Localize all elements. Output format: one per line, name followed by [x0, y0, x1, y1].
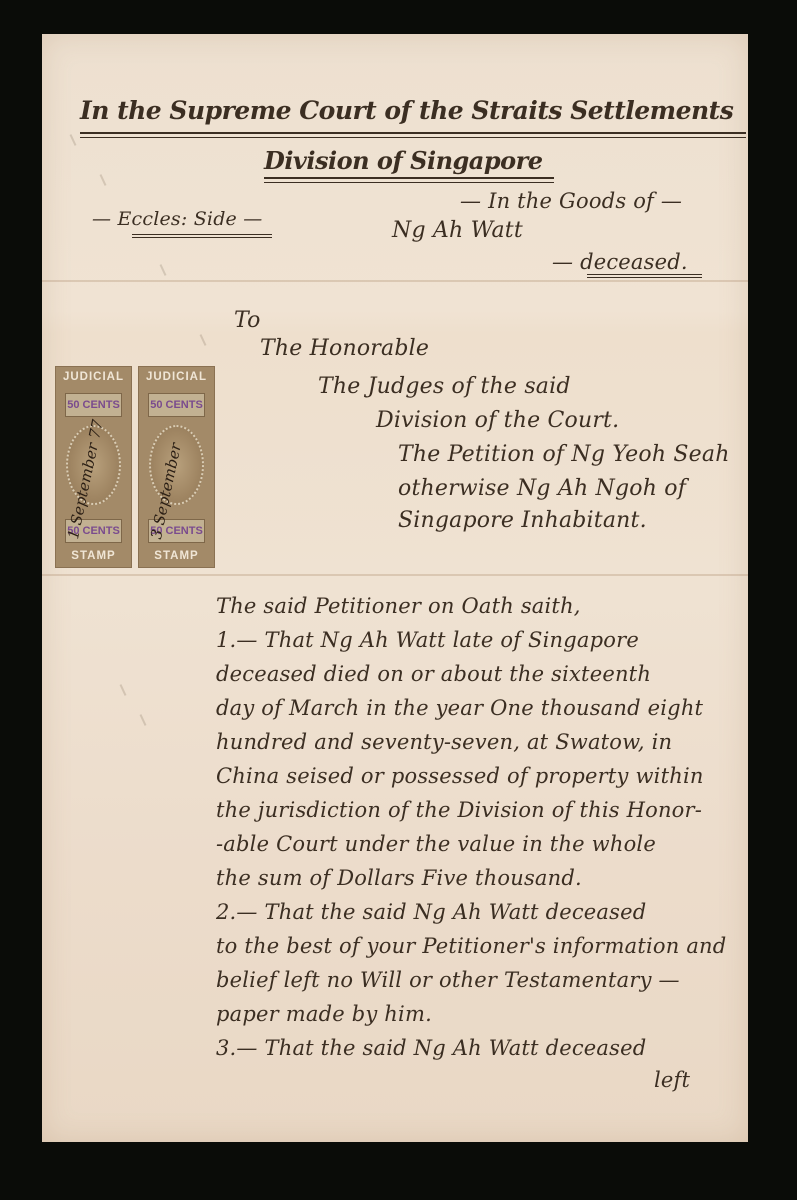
body-line: belief left no Will or other Testamentar… — [216, 968, 680, 992]
division-heading: Division of Singapore — [264, 146, 543, 175]
in-the-goods-of: — In the Goods of — — [460, 189, 682, 213]
deceased-underline — [587, 274, 702, 278]
stamp-top-label: JUDICIAL — [59, 369, 128, 386]
body-line: 3.— That the said Ng Ah Watt deceased — [216, 1036, 646, 1060]
body-line: the jurisdiction of the Division of this… — [216, 798, 702, 822]
address-line: otherwise Ng Ah Ngoh of — [398, 476, 686, 501]
catchword: left — [654, 1068, 690, 1092]
body-line: 2.— That the said Ng Ah Watt deceased — [216, 900, 646, 924]
judicial-stamp: JUDICIAL 50 CENTS 50 CENTS STAMP 3 Septe… — [138, 366, 215, 568]
body-line: to the best of your Petitioner's informa… — [216, 934, 726, 958]
body-line: the sum of Dollars Five thousand. — [216, 866, 582, 890]
stamp-value: 50 CENTS — [65, 393, 122, 417]
ink-bleed — [160, 264, 167, 276]
heading-underline — [80, 132, 746, 138]
ink-bleed — [100, 174, 107, 186]
body-line: The said Petitioner on Oath saith, — [216, 594, 581, 618]
body-line: China seised or possessed of property wi… — [216, 764, 704, 788]
salutation-to: To — [234, 308, 261, 333]
ink-bleed — [200, 334, 207, 346]
body-line: deceased died on or about the sixteenth — [216, 662, 651, 686]
paper-fold — [42, 574, 748, 576]
deceased-label: — deceased. — [552, 250, 688, 274]
address-line: Division of the Court. — [376, 408, 619, 433]
stamp-bottom-label: STAMP — [59, 548, 128, 565]
body-line: hundred and seventy-seven, at Swatow, in — [216, 730, 672, 754]
stamp-top-label: JUDICIAL — [142, 369, 211, 386]
address-line: Singapore Inhabitant. — [398, 508, 647, 533]
body-line: day of March in the year One thousand ei… — [216, 696, 703, 720]
judicial-stamp: JUDICIAL 50 CENTS 50 CENTS STAMP 1 Septe… — [55, 366, 132, 568]
paper-fold — [42, 280, 748, 282]
address-line: The Honorable — [260, 336, 429, 361]
side-underline — [132, 234, 272, 238]
body-line: 1.— That Ng Ah Watt late of Singapore — [216, 628, 639, 652]
ecclesiastical-side-label: — Eccles: Side — — [92, 208, 262, 230]
division-underline — [264, 177, 554, 183]
stamp-value: 50 CENTS — [148, 393, 205, 417]
ink-bleed — [70, 134, 77, 146]
body-line: -able Court under the value in the whole — [216, 832, 656, 856]
address-line: The Petition of Ng Yeoh Seah — [398, 442, 730, 467]
address-line: The Judges of the said — [318, 374, 571, 399]
petition-document: In the Supreme Court of the Straits Sett… — [42, 34, 748, 1142]
ink-bleed — [120, 684, 127, 696]
stamp-bottom-label: STAMP — [142, 548, 211, 565]
court-heading: In the Supreme Court of the Straits Sett… — [80, 96, 733, 125]
ink-bleed — [140, 714, 147, 726]
deceased-name: Ng Ah Watt — [392, 218, 523, 243]
body-line: paper made by him. — [216, 1002, 432, 1026]
